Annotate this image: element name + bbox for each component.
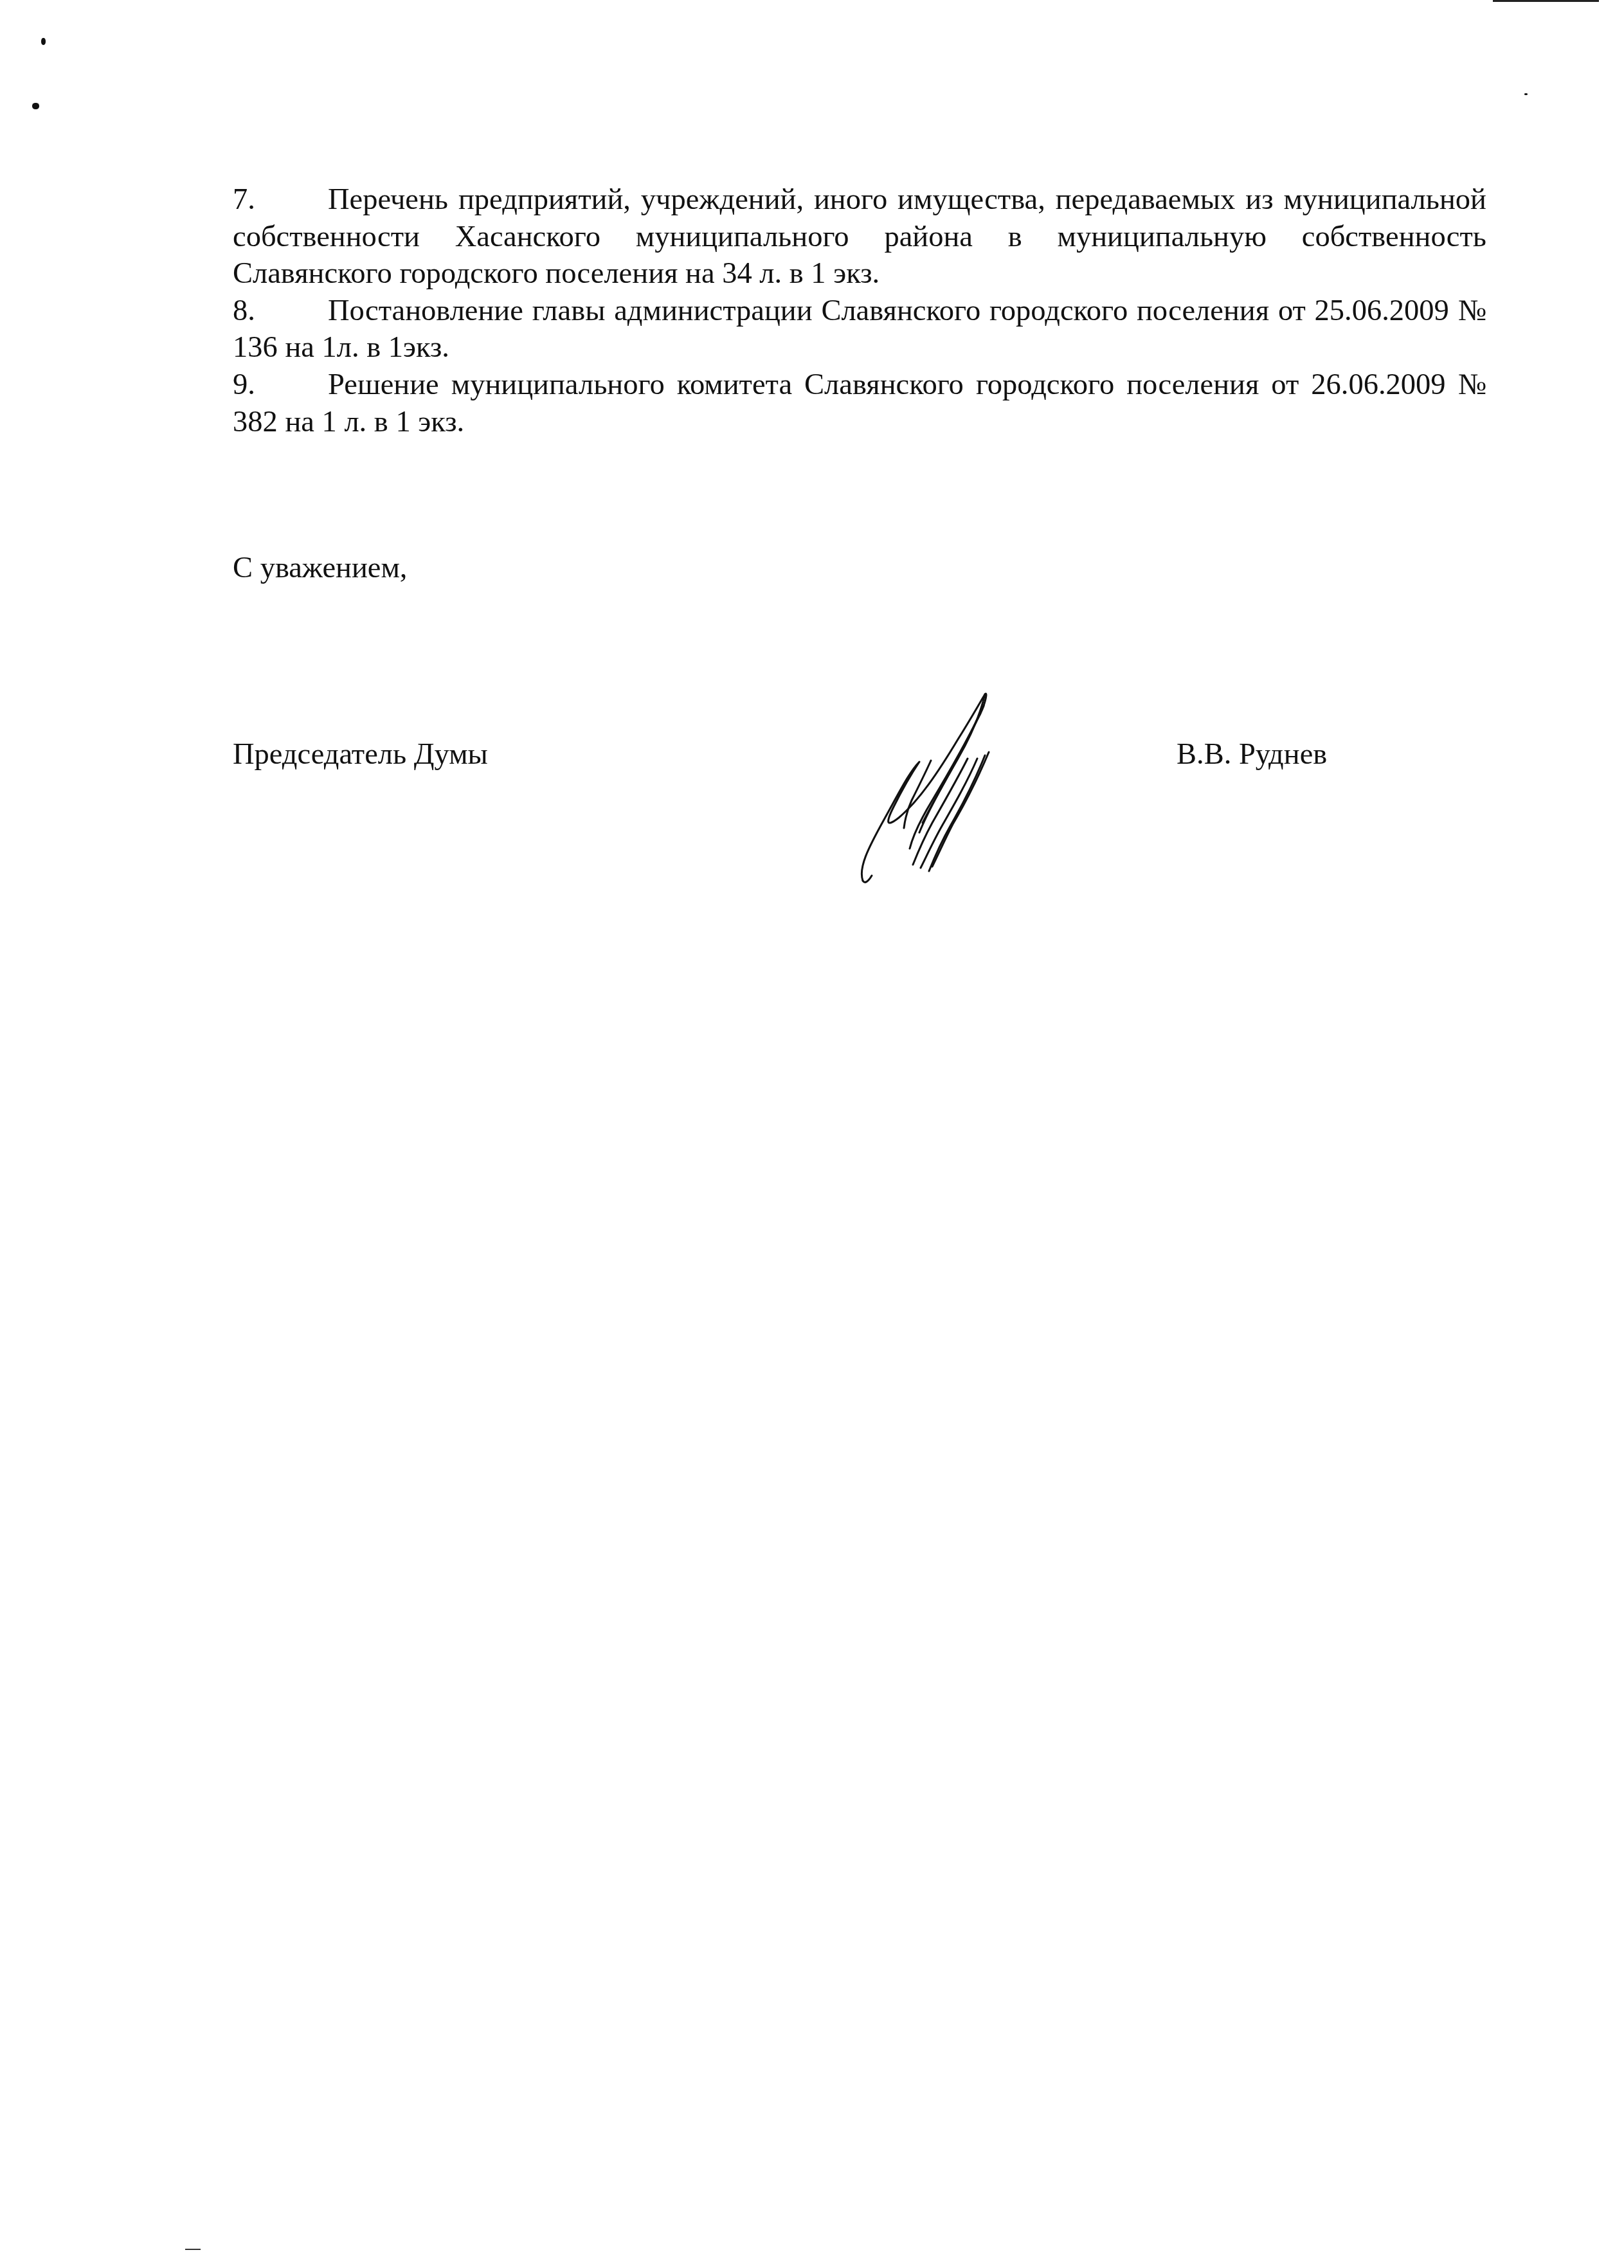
scan-mark [185,2249,201,2250]
scan-edge-line [1493,0,1599,2]
scan-speck [32,103,39,109]
item-text: Постановление главы администрации Славян… [233,294,1486,364]
item-number: 9. [233,366,328,404]
item-text: Решение муниципального комитета Славянск… [233,368,1486,438]
signatory-title: Председатель Думы [233,736,488,773]
list-item: 7.Перечень предприятий, учреждений, иног… [233,181,1486,292]
list-item: 8.Постановление главы администрации Слав… [233,292,1486,366]
attachment-list: 7.Перечень предприятий, учреждений, иног… [233,181,1486,440]
item-text: Перечень предприятий, учреждений, иного … [233,183,1486,290]
list-item: 9.Решение муниципального комитета Славян… [233,366,1486,440]
document-page: 7.Перечень предприятий, учреждений, иног… [0,0,1624,2268]
scan-speck [1524,93,1528,95]
item-number: 8. [233,292,328,330]
item-number: 7. [233,181,328,219]
signatory-name: В.В. Руднев [1177,736,1327,773]
closing-phrase: С уважением, [233,550,408,587]
scan-speck [41,38,46,45]
signature-icon [849,675,1080,906]
